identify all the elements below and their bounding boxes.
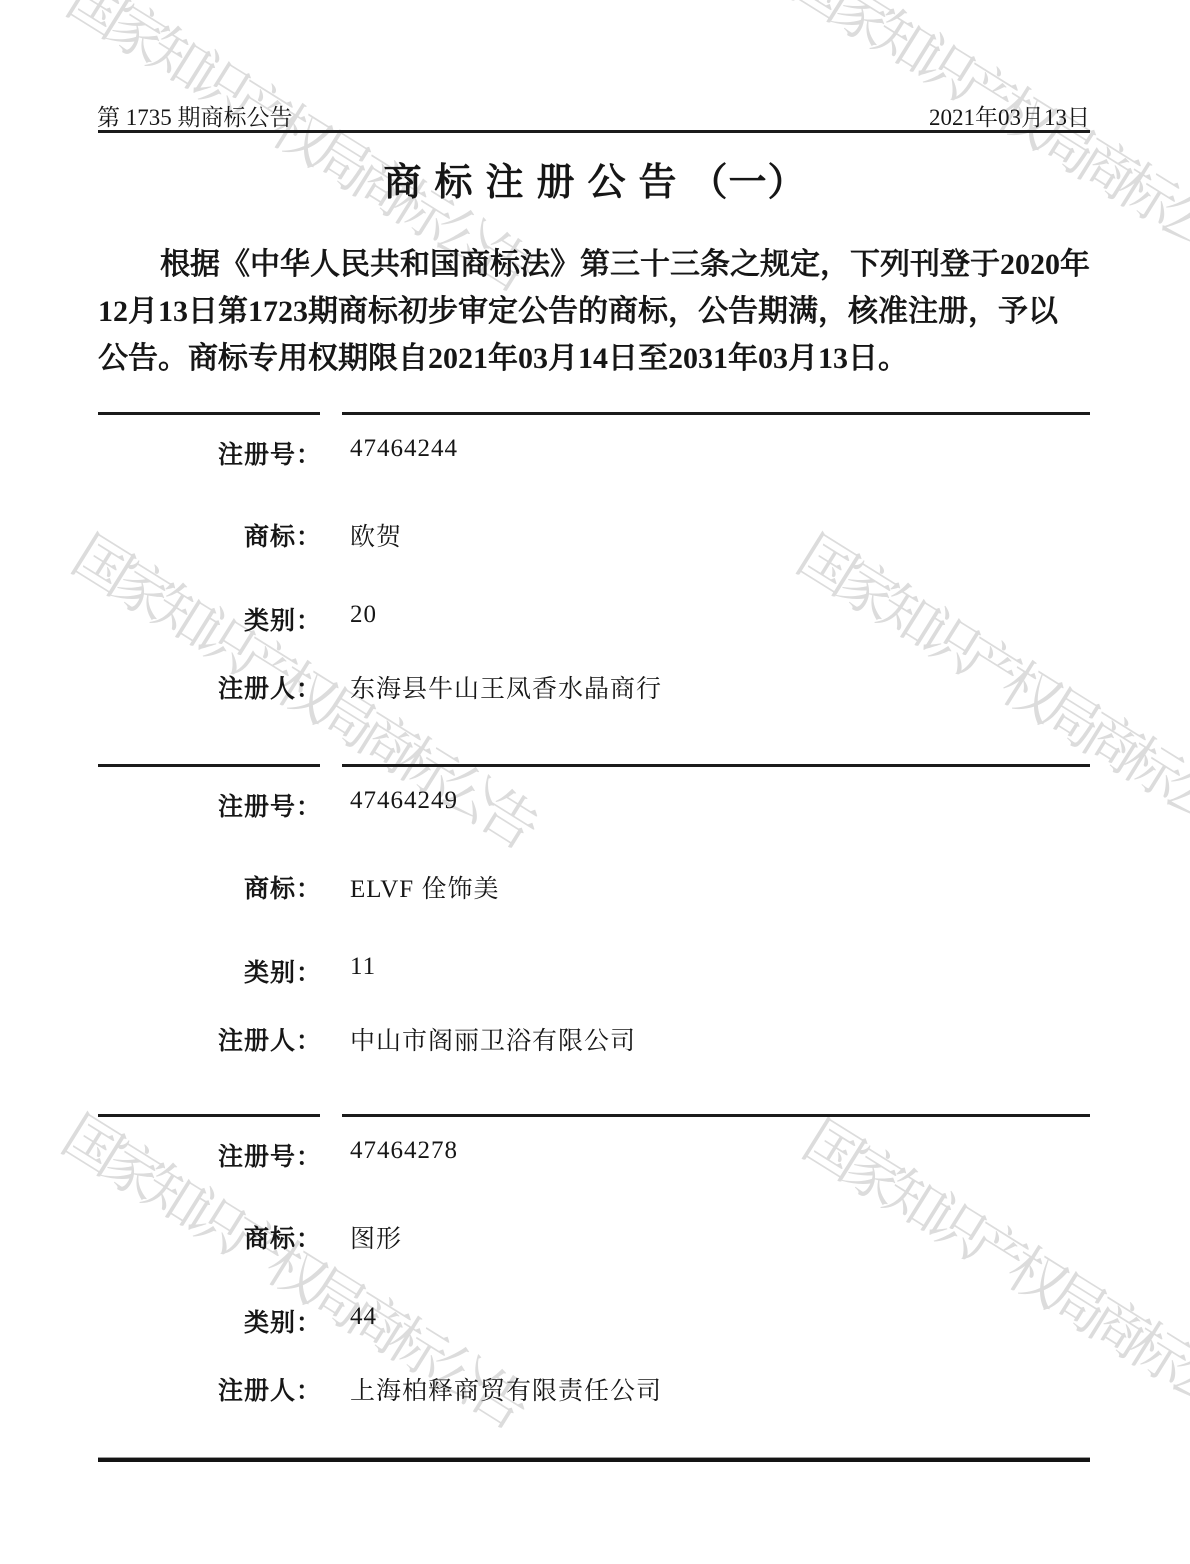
category-row: 类别： 11 [0,953,1190,985]
trademark-value: 图形 [350,1219,402,1255]
category-value: 20 [350,601,377,629]
registration-number-value: 47464278 [350,1137,458,1165]
trademark-row: 商标： ELVF 佺饰美 [0,869,1190,901]
trademark-entry: 注册号： 47464244 商标： 欧贺 类别： 20 注册人： 东海县牛山王凤… [0,412,1190,762]
trademark-entry: 注册号： 47464249 商标： ELVF 佺饰美 类别： 11 注册人： 中… [0,764,1190,1114]
registration-number-value: 47464249 [350,787,458,815]
registrant-value: 东海县牛山王凤香水晶商行 [350,669,662,705]
registrant-row: 注册人： 上海柏释商贸有限责任公司 [0,1371,1190,1403]
registrant-value: 中山市阁丽卫浴有限公司 [350,1021,636,1057]
entry-divider [98,1114,320,1117]
trademark-entry: 注册号： 47464278 商标： 图形 类别： 44 注册人： 上海柏释商贸有… [0,1114,1190,1464]
page-title-suffix: （一） [690,162,807,204]
gazette-date: 2021年03月13日 [929,99,1090,132]
registrant-label: 注册人： [98,1021,322,1057]
category-value: 11 [350,953,376,981]
registrant-row: 注册人： 中山市阁丽卫浴有限公司 [0,1021,1190,1053]
header-divider [98,130,1090,133]
bottom-divider [98,1457,1090,1462]
category-row: 类别： 20 [0,601,1190,633]
registration-number-label: 注册号： [98,435,322,471]
registration-number-label: 注册号： [98,1137,322,1173]
trademark-label: 商标： [98,1219,322,1255]
registrant-row: 注册人： 东海县牛山王凤香水晶商行 [0,669,1190,701]
trademark-value: 欧贺 [350,517,402,553]
entry-divider [98,412,320,415]
registration-number-row: 注册号： 47464249 [0,787,1190,819]
trademark-row: 商标： 欧贺 [0,517,1190,549]
registration-number-row: 注册号： 47464244 [0,435,1190,467]
gazette-issue-label: 第 1735 期商标公告 [97,99,293,132]
registrant-label: 注册人： [98,669,322,705]
intro-paragraph: 根据《中华人民共和国商标法》第三十三条之规定，下列刊登于2020年 12月13日… [98,241,1092,382]
category-label: 类别： [98,601,322,637]
category-row: 类别： 44 [0,1303,1190,1335]
category-value: 44 [350,1303,377,1331]
category-label: 类别： [98,953,322,989]
intro-line: 12月13日第1723期商标初步审定公告的商标，公告期满，核准注册，予以 [98,288,1092,335]
entry-divider [342,764,1090,767]
intro-line: 公告。商标专用权期限自2021年03月14日至2031年03月13日。 [98,335,1092,382]
entry-divider [342,1114,1090,1117]
intro-line: 根据《中华人民共和国商标法》第三十三条之规定，下列刊登于2020年 [98,241,1092,288]
registration-number-label: 注册号： [98,787,322,823]
page-title-main: 商标注册公告 [383,162,689,204]
category-label: 类别： [98,1303,322,1339]
trademark-label: 商标： [98,869,322,905]
trademark-label: 商标： [98,517,322,553]
registration-number-row: 注册号： 47464278 [0,1137,1190,1169]
trademark-value: ELVF 佺饰美 [350,869,499,905]
registrant-label: 注册人： [98,1371,322,1407]
trademark-row: 商标： 图形 [0,1219,1190,1251]
registrant-value: 上海柏释商贸有限责任公司 [350,1371,662,1407]
watermark: 国家知识产权局商标公告 [783,0,1190,281]
entry-divider [342,412,1090,415]
page-title: 商标注册公告（一） [0,151,1190,206]
gazette-page: { "page": { "issue_label": "第 1735 期商标公告… [0,0,1190,1564]
registration-number-value: 47464244 [350,435,458,463]
entry-divider [98,764,320,767]
